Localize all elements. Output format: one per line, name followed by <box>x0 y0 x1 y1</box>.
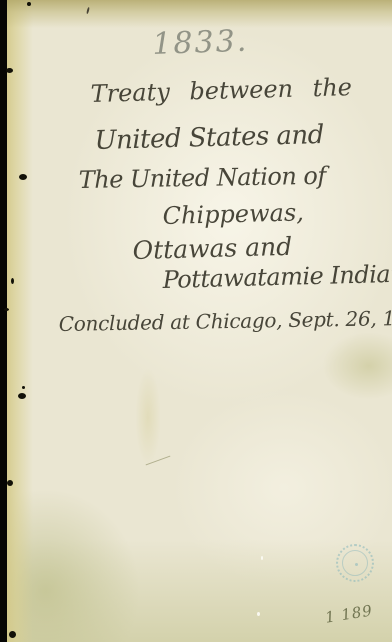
title-line-united-nation: The United Nation of <box>79 162 326 194</box>
archive-stamp-icon <box>336 544 374 582</box>
ink-speck <box>27 2 31 6</box>
paper-page: 1833. Treaty between the United States a… <box>7 0 392 642</box>
ink-speck <box>22 386 25 389</box>
archive-stamp-center-dot <box>355 563 358 566</box>
paper-fleck <box>257 612 260 616</box>
paper-fleck <box>261 556 263 560</box>
ink-speck <box>4 308 9 311</box>
conclusion-line: Concluded at Chicago, Sept. 26, 1833. <box>59 305 392 336</box>
document-scan: 1833. Treaty between the United States a… <box>0 0 392 642</box>
ink-speck <box>11 278 14 284</box>
ink-speck <box>19 174 27 180</box>
title-line-pottawatamie: Pottawatamie Indians <box>162 259 392 294</box>
title-line-united-states: United States and <box>94 120 324 156</box>
ink-speck <box>7 480 13 486</box>
ink-speck <box>6 68 13 73</box>
title-line-treaty-between: Treaty between the <box>90 73 352 108</box>
ink-speck <box>18 393 26 399</box>
ink-speck <box>9 631 16 638</box>
title-line-chippewas: Chippewas, <box>162 198 304 230</box>
folio-number: 1 189 <box>324 601 374 626</box>
title-line-ottawas: Ottawas and <box>132 232 292 265</box>
year-annotation: 1833. <box>152 24 249 62</box>
